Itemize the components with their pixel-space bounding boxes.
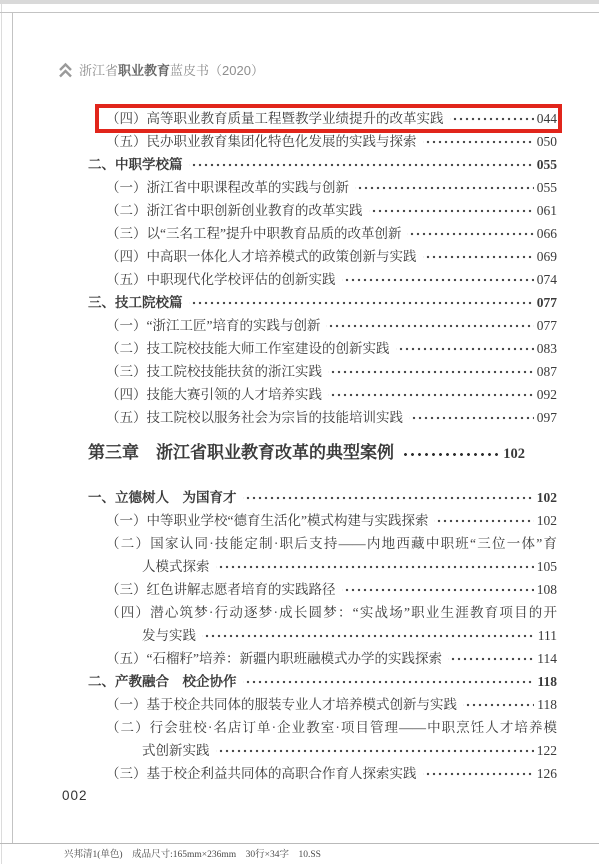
- toc-entry: （五）技工院校以服务社会为宗旨的技能培训实践097: [88, 406, 557, 429]
- toc-entry-continuation: 式创新实践122: [88, 739, 557, 762]
- dot-leader: [423, 135, 534, 149]
- toc-entry: （四）潜心筑梦·行动逐梦·成长圆梦：“实战场”职业生涯教育项目的开: [88, 601, 557, 624]
- toc-entry-page: 102: [537, 509, 557, 532]
- toc-entry-title: （一）中等职业学校“德育生活化”模式构建与实践探索: [106, 509, 428, 532]
- toc-entry: （五）“石榴籽”培养：新疆内职班融模式办学的实践探索114: [88, 647, 557, 670]
- scan-outer-left-edge: [1, 4, 2, 864]
- dot-leader: [189, 296, 534, 310]
- dot-leader: [450, 112, 534, 126]
- toc-entry: （二）浙江省中职创新创业教育的改革实践061: [88, 199, 557, 222]
- toc-entry-title: 式创新实践: [142, 739, 210, 762]
- toc-entry-title: （二）国家认同·技能定制·职后支持——内地西藏中职班“三位一体”育: [106, 532, 557, 555]
- table-of-contents: （四）高等职业教育质量工程暨教学业绩提升的改革实践044（五）民办职业教育集团化…: [88, 107, 557, 785]
- toc-entry-page: 108: [537, 578, 557, 601]
- book-title-suffix: 蓝皮书（2020）: [170, 63, 264, 78]
- toc-entry-title: （一）浙江省中职课程改革的实践与创新: [106, 176, 349, 199]
- dot-leader: [342, 273, 534, 287]
- toc-entry-title: 第三章 浙江省职业教育改革的典型案例: [88, 437, 394, 469]
- toc-entry-title: （二）浙江省中职创新创业教育的改革实践: [106, 199, 363, 222]
- toc-entry-title: 二、产教融合 校企协作: [88, 670, 237, 693]
- toc-entry-continuation: 人模式探索105: [88, 555, 557, 578]
- toc-entry-page: 118: [537, 693, 557, 716]
- toc-entry: （一）中等职业学校“德育生活化”模式构建与实践探索102: [88, 509, 557, 532]
- toc-entry-page: 122: [537, 739, 557, 762]
- toc-entry: （二）技工院校技能大师工作室建设的创新实践083: [88, 337, 557, 360]
- toc-entry-title: （二）行会驻校·名店订单·企业教室·项目管理——中职烹饪人才培养模: [106, 716, 557, 739]
- toc-entry-page: 105: [537, 555, 557, 578]
- toc-entry-page: 102: [537, 486, 557, 509]
- toc-entry-page: 055: [537, 153, 557, 176]
- toc-entry-page: 077: [537, 291, 557, 314]
- toc-entry-continuation: 发与实践111: [88, 624, 557, 647]
- toc-entry-title: （三）技工院校技能扶贫的浙江实践: [106, 360, 322, 383]
- toc-entry: （五）中职现代化学校评估的创新实践074: [88, 268, 557, 291]
- toc-entry-page: 118: [537, 670, 557, 693]
- toc-entry-title: （四）技能大赛引领的人才培养实践: [106, 383, 322, 406]
- dot-leader: [423, 767, 534, 781]
- toc-entry: （二）国家认同·技能定制·职后支持——内地西藏中职班“三位一体”育: [88, 532, 557, 555]
- page-number: 002: [62, 788, 88, 803]
- toc-entry-title: 人模式探索: [142, 555, 210, 578]
- dot-leader: [216, 744, 534, 758]
- toc-entry: （三）以“三名工程”提升中职教育品质的改革创新066: [88, 222, 557, 245]
- dot-leader: [328, 388, 534, 402]
- toc-entry-page: 069: [537, 245, 557, 268]
- toc-entry: （四）中高职一体化人才培养模式的政策创新与实践069: [88, 245, 557, 268]
- toc-chapter-entry: 第三章 浙江省职业教育改革的典型案例102: [88, 437, 525, 470]
- toc-entry-page: 087: [537, 360, 557, 383]
- dot-leader: [434, 514, 533, 528]
- toc-entry: （一）基于校企共同体的服装专业人才培养模式创新与实践118: [88, 693, 557, 716]
- toc-entry-page: 044: [537, 107, 557, 130]
- toc-entry: （三）红色讲解志愿者培育的实践路径108: [88, 578, 557, 601]
- toc-entry-title: （四）中高职一体化人才培养模式的政策创新与实践: [106, 245, 417, 268]
- dot-leader: [189, 158, 534, 172]
- toc-entry-title: （二）技工院校技能大师工作室建设的创新实践: [106, 337, 390, 360]
- dot-leader: [355, 181, 534, 195]
- toc-entry-page: 114: [537, 647, 557, 670]
- dot-leader: [216, 560, 534, 574]
- dot-leader: [326, 319, 533, 333]
- toc-entry-page: 111: [538, 624, 557, 647]
- toc-section-entry: 二、中职学校篇055: [88, 153, 557, 176]
- toc-entry-page: 097: [537, 406, 557, 429]
- toc-entry-title: （五）“石榴籽”培养：新疆内职班融模式办学的实践探索: [106, 647, 442, 670]
- toc-entry-title: （四）高等职业教育质量工程暨教学业绩提升的改革实践: [106, 107, 444, 130]
- toc-entry-page: 126: [537, 762, 557, 785]
- book-title-prefix: 浙江省: [79, 63, 118, 78]
- toc-entry-title: 一、立德树人 为国育才: [88, 486, 237, 509]
- toc-entry-title: （四）潜心筑梦·行动逐梦·成长圆梦：“实战场”职业生涯教育项目的开: [106, 601, 557, 624]
- toc-section-entry: 二、产教融合 校企协作118: [88, 670, 557, 693]
- dot-leader: [369, 204, 534, 218]
- toc-entry-title: （三）基于校企利益共同体的高职合作育人探索实践: [106, 762, 417, 785]
- toc-entry-page: 074: [537, 268, 557, 291]
- dot-leader: [243, 675, 535, 689]
- toc-entry: （四）高等职业教育质量工程暨教学业绩提升的改革实践044: [88, 107, 557, 130]
- toc-section-entry: 三、技工院校篇077: [88, 291, 557, 314]
- page-left-edge: [12, 12, 13, 843]
- toc-entry: （三）基于校企利益共同体的高职合作育人探索实践126: [88, 762, 557, 785]
- toc-entry-title: （五）中职现代化学校评估的创新实践: [106, 268, 336, 291]
- toc-entry: （一）“浙江工匠”培育的实践与创新077: [88, 314, 557, 337]
- toc-entry-title: 三、技工院校篇: [88, 291, 183, 314]
- print-info: 兴邦清1(单色) 成品尺寸:165mm×236mm 30行×34字 10.SS: [64, 846, 321, 860]
- dot-leader: [423, 250, 534, 264]
- toc-entry-title: 发与实践: [142, 624, 196, 647]
- toc-entry-title: （三）红色讲解志愿者培育的实践路径: [106, 578, 336, 601]
- book-header: 浙江省职业教育蓝皮书（2020）: [58, 60, 264, 79]
- dot-leader: [400, 445, 500, 462]
- toc-entry-title: 二、中职学校篇: [88, 153, 183, 176]
- toc-entry-page: 061: [537, 199, 557, 222]
- toc-entry: （二）行会驻校·名店订单·企业教室·项目管理——中职烹饪人才培养模: [88, 716, 557, 739]
- toc-entry-page: 083: [537, 337, 557, 360]
- toc-entry: （三）技工院校技能扶贫的浙江实践087: [88, 360, 557, 383]
- book-title-emphasis: 职业教育: [118, 63, 170, 78]
- page-bottom-edge: [0, 843, 599, 844]
- dot-leader: [328, 365, 534, 379]
- toc-entry-title: （三）以“三名工程”提升中职教育品质的改革创新: [106, 222, 401, 245]
- dot-leader: [409, 411, 534, 425]
- toc-entry: （五）民办职业教育集团化特色化发展的实践与探索050: [88, 130, 557, 153]
- toc-entry-title: （五）民办职业教育集团化特色化发展的实践与探索: [106, 130, 417, 153]
- toc-entry-page: 066: [537, 222, 557, 245]
- toc-entry-page: 092: [537, 383, 557, 406]
- double-chevron-up-icon: [58, 62, 73, 78]
- toc-entry-page: 050: [537, 130, 557, 153]
- book-title: 浙江省职业教育蓝皮书（2020）: [79, 60, 264, 79]
- toc-entry: （四）技能大赛引领的人才培养实践092: [88, 383, 557, 406]
- toc-entry-title: （五）技工院校以服务社会为宗旨的技能培训实践: [106, 406, 403, 429]
- scan-top-strip: [0, 0, 599, 4]
- toc-entry: （一）浙江省中职课程改革的实践与创新055: [88, 176, 557, 199]
- page-top-edge: [0, 12, 599, 13]
- dot-leader: [396, 342, 534, 356]
- dot-leader: [342, 583, 534, 597]
- dot-leader: [448, 652, 534, 666]
- toc-entry-page: 102: [503, 438, 525, 470]
- toc-entry-page: 077: [537, 314, 557, 337]
- dot-leader: [463, 698, 534, 712]
- toc-section-entry: 一、立德树人 为国育才102: [88, 486, 557, 509]
- dot-leader: [407, 227, 533, 241]
- dot-leader: [202, 629, 535, 643]
- toc-entry-title: （一）“浙江工匠”培育的实践与创新: [106, 314, 320, 337]
- toc-entry-page: 055: [537, 176, 557, 199]
- toc-entry-title: （一）基于校企共同体的服装专业人才培养模式创新与实践: [106, 693, 457, 716]
- dot-leader: [243, 491, 534, 505]
